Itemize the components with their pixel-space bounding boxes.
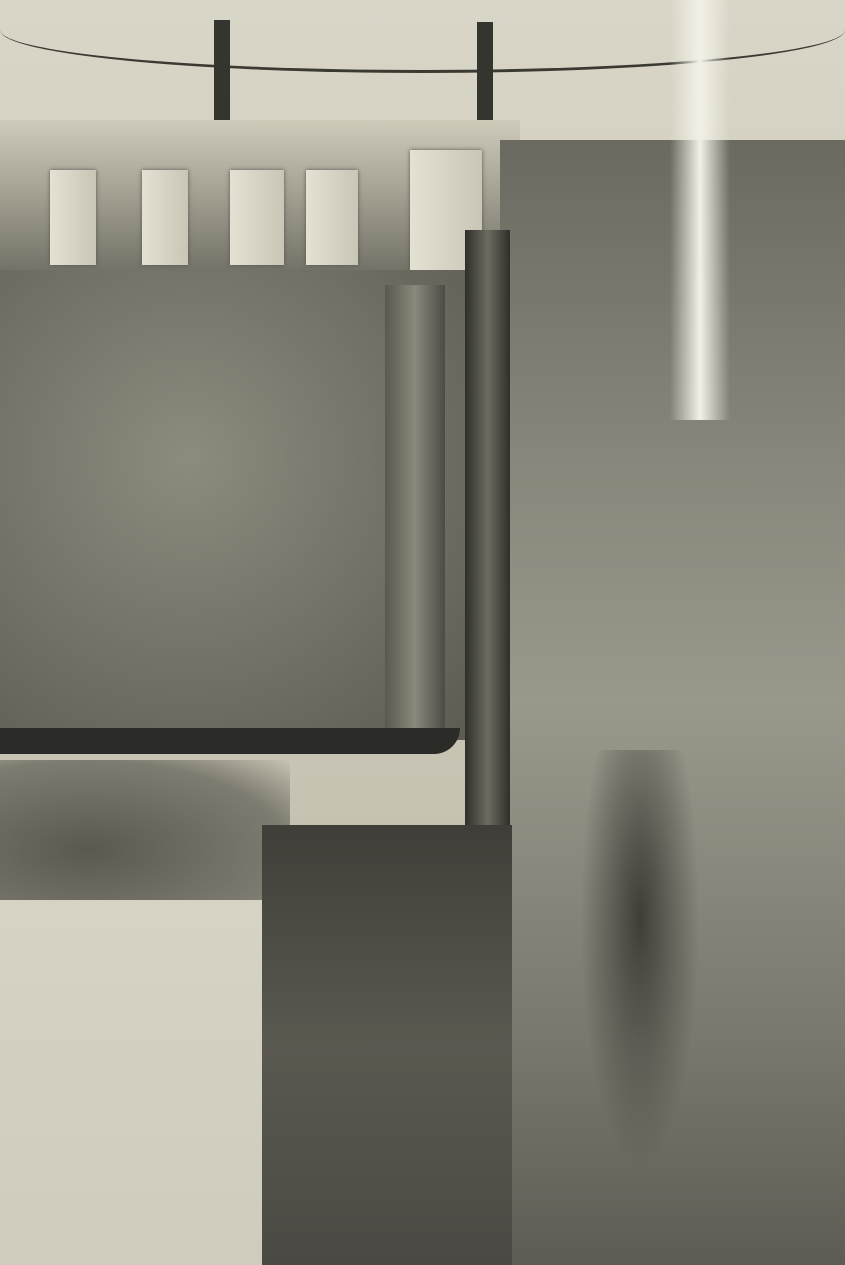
human-shadow bbox=[580, 750, 700, 1170]
snowy-ground bbox=[0, 900, 300, 1265]
timber-sleeper bbox=[306, 170, 358, 265]
timber-sleeper bbox=[230, 170, 284, 265]
timber-sleeper bbox=[50, 170, 96, 265]
timber-sleeper bbox=[142, 170, 188, 265]
photograph bbox=[0, 0, 845, 1265]
concrete-pier bbox=[262, 825, 512, 1265]
girder-bottom-flange bbox=[0, 728, 460, 754]
steel-column bbox=[465, 230, 510, 830]
trees bbox=[0, 760, 290, 910]
girder-stiffener bbox=[385, 285, 445, 730]
light-glare bbox=[670, 0, 730, 420]
